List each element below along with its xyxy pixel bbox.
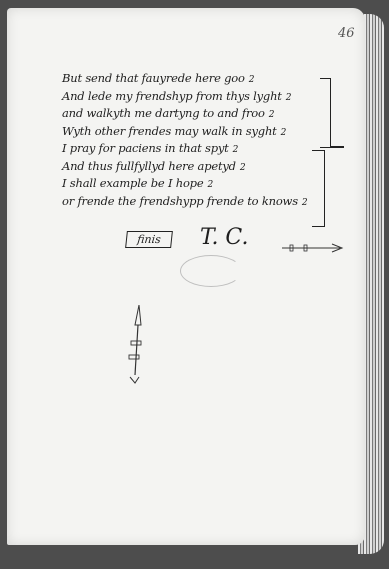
verse-text: or frende the frendshypp frende to knows bbox=[62, 194, 298, 208]
rhyme-mark: 2 bbox=[281, 128, 287, 138]
verse-text: and walkyth me dartyng to and froo bbox=[62, 106, 265, 120]
verse-text: But send that fauyrede here goo bbox=[62, 71, 245, 85]
rhyme-mark: 2 bbox=[269, 110, 275, 120]
verse-text: I shall example be I hope bbox=[62, 176, 203, 190]
finis-box: finis bbox=[125, 231, 173, 248]
verse-text: Wyth other frendes may walk in syght bbox=[62, 124, 277, 138]
rhyme-mark: 2 bbox=[286, 93, 292, 103]
scribe-initials: T. C. bbox=[200, 225, 248, 250]
rhyme-mark: 2 bbox=[249, 75, 255, 85]
verse-line: and walkyth me dartyng to and froo2 bbox=[62, 105, 312, 123]
rhyme-mark: 2 bbox=[302, 198, 308, 208]
verse-line: I pray for paciens in that spyt2 bbox=[62, 140, 312, 158]
bracket-tie bbox=[330, 146, 344, 148]
verse-line: And thus fullfyllyd here apetyd2 bbox=[62, 158, 312, 176]
verse-line: Wyth other frendes may walk in syght2 bbox=[62, 123, 312, 141]
verse-block: But send that fauyrede here goo2 And led… bbox=[62, 70, 312, 210]
vertical-arrow-icon bbox=[125, 305, 145, 385]
verse-line: I shall example be I hope2 bbox=[62, 175, 312, 193]
rhyme-mark: 2 bbox=[233, 145, 239, 155]
verse-line: But send that fauyrede here goo2 bbox=[62, 70, 312, 88]
rhyme-bracket-lower bbox=[312, 150, 325, 227]
pen-flourish bbox=[180, 255, 242, 287]
rhyme-mark: 2 bbox=[207, 180, 213, 190]
verse-text: I pray for paciens in that spyt bbox=[62, 141, 229, 155]
horizontal-arrow-icon bbox=[282, 243, 344, 253]
verse-text: And lede my frendshyp from thys lyght bbox=[62, 89, 282, 103]
rhyme-bracket-upper bbox=[320, 78, 331, 148]
rhyme-mark: 2 bbox=[240, 163, 246, 173]
folio-number: 46 bbox=[338, 26, 355, 41]
verse-text: And thus fullfyllyd here apetyd bbox=[62, 159, 236, 173]
verse-line: or frende the frendshypp frende to knows… bbox=[62, 193, 312, 211]
verse-line: And lede my frendshyp from thys lyght2 bbox=[62, 88, 312, 106]
